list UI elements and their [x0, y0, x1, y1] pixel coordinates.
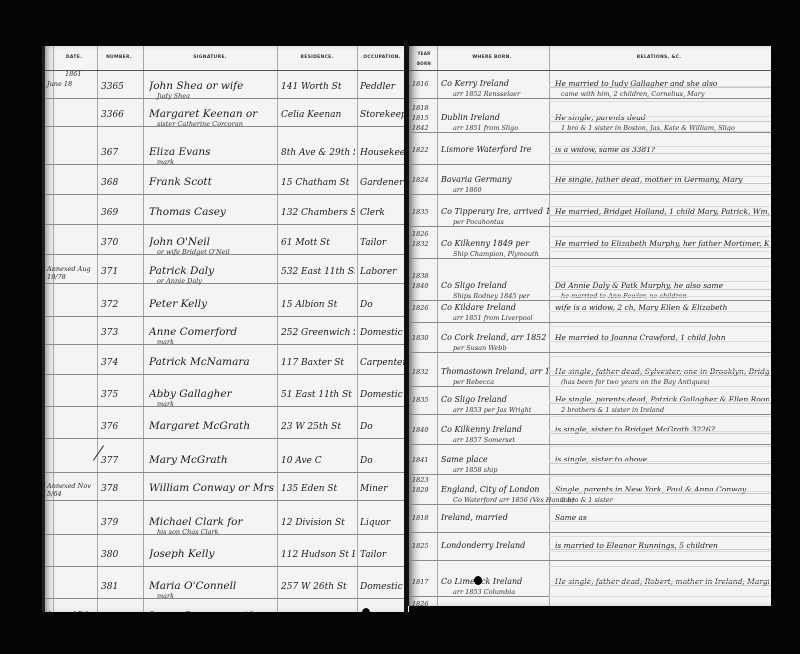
- residence: 117 Baxter St: [281, 358, 355, 368]
- birthplace: Dublin Ireland: [441, 113, 549, 122]
- year-born: 1835: [412, 208, 437, 216]
- column-rule: [277, 46, 278, 612]
- account-number: 372: [101, 300, 141, 310]
- account-number: 378: [101, 484, 141, 494]
- year-born: 1832: [412, 368, 437, 376]
- ruled-line: [549, 191, 771, 192]
- residence: 12 Division St: [281, 518, 355, 528]
- row-rule: [45, 472, 409, 473]
- residence: 15 Chatham St: [281, 178, 355, 188]
- row-rule: [409, 352, 771, 353]
- row-rule: [45, 438, 409, 439]
- occupation: Miner: [360, 484, 408, 494]
- birthplace-note: per Pocahontas: [453, 218, 504, 226]
- signature: Abby Gallagher: [149, 388, 277, 400]
- ruled-line: [549, 86, 771, 87]
- ruled-line: [549, 341, 771, 342]
- signature: Patrick McNamara: [149, 356, 277, 368]
- birthplace-note: Co Waterford arr 1856 (Ves Hannon): [453, 496, 574, 504]
- year-born: 1817: [412, 578, 437, 586]
- year-born: 1841: [412, 456, 437, 464]
- residence: 10 Ave C: [281, 456, 355, 466]
- ruled-line: [549, 491, 771, 492]
- birthplace-note: Ship Champion, Plymouth: [453, 250, 539, 258]
- birthplace: Co Kildare Ireland: [441, 303, 549, 312]
- birthplace-note: arr 1853 per Jas Wright: [453, 406, 531, 414]
- row-rule: [45, 534, 409, 535]
- row-rule: [409, 300, 771, 301]
- occupation: Storekeeper: [360, 110, 408, 120]
- signature: Thomas Casey: [149, 206, 277, 218]
- birthplace-note: arr 1851 from Sligo: [453, 124, 518, 132]
- signature-note: Judy Shea: [157, 92, 190, 100]
- occupation: Do: [360, 456, 408, 466]
- relations-note: 2 brothers & 1 sister in Ireland: [561, 406, 664, 414]
- birthplace-note: arr 1860: [453, 186, 482, 194]
- year-born-alt: 1838: [412, 272, 437, 280]
- year-born: 1830: [412, 334, 437, 342]
- signature: Frank Scott: [149, 176, 277, 188]
- year-born-alt: 1818: [412, 104, 437, 112]
- ruled-line: [549, 101, 771, 102]
- signature: James Doran or wife: [149, 610, 277, 612]
- residence: 8th Ave & 29th St: [281, 148, 355, 158]
- birthplace: Thomastown Ireland, arr 1853: [441, 367, 549, 376]
- year-born-alt: 1826: [412, 230, 437, 238]
- birthplace-note: Ships Rodney 1845 per: [453, 292, 530, 300]
- account-number: 375: [101, 390, 141, 400]
- signature-note: sister Catherine Corcoran: [157, 120, 243, 128]
- row-rule: [45, 224, 409, 225]
- residence: 257 W 26th St: [281, 582, 355, 592]
- row-rule: [45, 194, 409, 195]
- row-rule: [45, 344, 409, 345]
- birthplace-note: arr 1857 Somerset: [453, 436, 515, 444]
- ledger-left-page: Date. Number. Signature. Residence. Occu…: [42, 46, 409, 612]
- header-rule: [409, 70, 771, 71]
- occupation: Domestic: [360, 390, 408, 400]
- residence: 135 Eden St: [281, 484, 355, 494]
- row-rule: [45, 316, 409, 317]
- row-rule: [409, 504, 771, 505]
- ruled-line: [549, 251, 771, 252]
- occupation: Do: [360, 422, 408, 432]
- header-date: Date.: [53, 46, 95, 70]
- signature-note: mark: [157, 158, 174, 166]
- header-rule: [45, 70, 409, 71]
- year-born-alt: 1842: [412, 124, 437, 132]
- row-rule: [409, 164, 771, 165]
- account-number: 369: [101, 208, 141, 218]
- ruled-line: [549, 356, 771, 357]
- ruled-line: [549, 386, 771, 387]
- row-rule: [409, 258, 771, 259]
- year-born: 1826: [412, 304, 437, 312]
- column-rule: [97, 46, 98, 612]
- column-rule: [357, 46, 358, 612]
- row-rule: [45, 283, 409, 284]
- occupation: Liquor: [360, 518, 408, 528]
- year-label: 1861: [65, 70, 82, 78]
- birthplace: Co Tipperary Ire, arrived 1859: [441, 207, 549, 216]
- header-number: Number.: [97, 46, 141, 70]
- signature: Eliza Evans: [149, 146, 277, 158]
- row-rule: [45, 374, 409, 375]
- ruled-line: [549, 596, 771, 597]
- year-born: 1824: [412, 176, 437, 184]
- occupation: Gardener: [360, 178, 408, 188]
- row-rule: [409, 226, 771, 227]
- birthplace-note: arr 1851 from Liverpool: [453, 314, 533, 322]
- birthplace: Londonderry Ireland: [441, 541, 549, 550]
- occupation: Do: [360, 300, 408, 310]
- ruled-line: [549, 221, 771, 222]
- ruled-line: [549, 281, 771, 282]
- occupation: Tailor: [360, 238, 408, 248]
- residence: 141 Worth St: [281, 82, 355, 92]
- ruled-line: [549, 236, 771, 237]
- ruled-line: [549, 551, 771, 552]
- residence: 532 East 11th St: [281, 267, 355, 277]
- year-born: 1835: [412, 396, 437, 404]
- signature: Peter Kelly: [149, 298, 277, 310]
- residence: 15 Albion St: [281, 300, 355, 310]
- birthplace-note: per Rebecca: [453, 378, 494, 386]
- account-number: 380: [101, 550, 141, 560]
- year-born: 1840: [412, 426, 437, 434]
- birthplace: Co Cork Ireland, arr 1852: [441, 333, 549, 342]
- row-rule: [45, 406, 409, 407]
- signature: Anne Comerford: [149, 326, 277, 338]
- signature: Patrick Daly: [149, 265, 277, 277]
- residence: 61 Mott St: [281, 238, 355, 248]
- row-rule: [409, 474, 771, 475]
- signature-note: his son Chas Clark: [157, 528, 219, 536]
- relations: He single, parents dead, Patrick Gallagh…: [555, 395, 769, 404]
- row-rule: [45, 164, 409, 165]
- row-rule: [409, 98, 771, 99]
- row-rule: [45, 598, 409, 599]
- birthplace-note: arr 1853 Columbia: [453, 588, 515, 596]
- ruled-line: [549, 446, 771, 447]
- signature: Michael Clark for: [149, 516, 277, 528]
- row-rule: [409, 560, 771, 561]
- row-rule: [45, 500, 409, 501]
- relations: is single, sister to Bridget McGrath 322…: [555, 425, 769, 434]
- birthplace: Co Limerick Ireland: [441, 577, 549, 586]
- birthplace-note: arr 1858 ship: [453, 466, 498, 474]
- signature: John O'Neil: [149, 236, 277, 248]
- signature: William Conway or Mrs Anne: [149, 482, 277, 494]
- account-number: 374: [101, 358, 141, 368]
- signature-note: or wife Bridget O'Neil: [157, 248, 230, 256]
- signature: Maria O'Connell: [149, 580, 277, 592]
- ledger-right-page: Year Born Where Born. Relations, &c. 181…: [406, 46, 771, 606]
- birthplace-note: per Susan Webb: [453, 344, 507, 352]
- residence: 252 Greenwich St: [281, 328, 355, 338]
- date-cell: June 18: [47, 80, 99, 88]
- ruled-line: [549, 431, 771, 432]
- account-number: 367: [101, 148, 141, 158]
- row-rule: [409, 132, 771, 133]
- year-born: 1825: [412, 542, 437, 550]
- occupation: Peddler: [360, 82, 408, 92]
- year-born: 1818: [412, 514, 437, 522]
- relations: Single, parents in New York, Paul & Anna…: [555, 485, 769, 494]
- ruled-line: [549, 521, 771, 522]
- residence: 23 W 25th St: [281, 422, 355, 432]
- ruled-line: [549, 461, 771, 462]
- birthplace: Co Kerry Ireland: [441, 79, 549, 88]
- occupation: Tailor: [360, 550, 408, 560]
- column-rule: [143, 46, 144, 612]
- date-cell: Annexed Nov 5/64: [47, 482, 99, 498]
- year-born: 1829: [412, 486, 437, 494]
- ruled-line: [549, 401, 771, 402]
- header-occupation: Occupation.: [357, 46, 407, 70]
- date-cell: Annexed Aug 19/78: [47, 265, 99, 281]
- row-rule: [409, 444, 771, 445]
- account-number: 368: [101, 178, 141, 188]
- ink-blot: [362, 608, 370, 612]
- ruled-line: [549, 311, 771, 312]
- column-rule: [53, 46, 54, 612]
- relations-note: (has been for two years on the Bay Antiq…: [561, 378, 710, 386]
- occupation: Housekeeper: [360, 148, 408, 158]
- account-number: 3365: [101, 82, 141, 92]
- ruled-line: [549, 146, 771, 147]
- account-number: 3366: [101, 110, 141, 120]
- signature: John Shea or wife: [149, 80, 277, 92]
- account-number: 379: [101, 518, 141, 528]
- header-relations: Relations, &c.: [549, 46, 769, 70]
- account-number: 381: [101, 582, 141, 592]
- header-signature: Signature.: [145, 46, 275, 70]
- signature: Margaret Keenan or: [149, 108, 277, 120]
- account-number: 373: [101, 328, 141, 338]
- residence: 132 Chambers St: [281, 208, 355, 218]
- relations: He single, parents dead: [555, 113, 769, 122]
- birthplace: Co Sligo Ireland: [441, 281, 549, 290]
- birthplace: Lismore Waterford Ire: [441, 145, 549, 154]
- signature-note: mark: [157, 338, 174, 346]
- row-rule: [45, 566, 409, 567]
- row-rule: [409, 414, 771, 415]
- relations: Dd Annie Daly & Patk Murphy, he also sam…: [555, 281, 769, 290]
- ruled-line: [549, 566, 771, 567]
- year-born: 1832: [412, 240, 437, 248]
- ruled-line: [549, 536, 771, 537]
- relations: He married, Bridget Holland, 1 child Mar…: [555, 207, 769, 216]
- year-born-alt: 1823: [412, 476, 437, 484]
- account-number: 376: [101, 422, 141, 432]
- ruled-line: [549, 161, 771, 162]
- year-born: 1815: [412, 114, 437, 122]
- account-number: 371: [101, 267, 141, 277]
- row-rule: [45, 98, 409, 99]
- birthplace: Ireland, married: [441, 513, 549, 522]
- account-number: 370: [101, 238, 141, 248]
- relations: He married to Elizabeth Murphy, her fath…: [555, 239, 769, 248]
- ruled-line: [549, 371, 771, 372]
- ruled-line: [549, 581, 771, 582]
- relations: is married to Eleanor Runnings, 5 childr…: [555, 541, 769, 550]
- birthplace: England, City of London: [441, 485, 549, 494]
- ink-blot: [474, 576, 482, 585]
- ruled-line: [549, 116, 771, 117]
- year-born-alt: 1826: [412, 600, 437, 606]
- relations: is single, sister to above: [555, 455, 769, 464]
- year-born: 1840: [412, 282, 437, 290]
- occupation: Domestic: [360, 582, 408, 592]
- ruled-line: [549, 326, 771, 327]
- row-rule: [409, 194, 771, 195]
- ruled-line: [549, 296, 771, 297]
- ruled-line: [549, 476, 771, 477]
- ruled-line: [549, 266, 771, 267]
- row-rule: [409, 532, 771, 533]
- ruled-line: [549, 131, 771, 132]
- birthplace: Co Sligo Ireland: [441, 395, 549, 404]
- year-born: 1816: [412, 80, 437, 88]
- signature-note: or Annie Daly: [157, 277, 202, 285]
- header-residence: Residence.: [277, 46, 357, 70]
- ruled-line: [549, 416, 771, 417]
- header-where-born: Where Born.: [437, 46, 547, 70]
- signature: Joseph Kelly: [149, 548, 277, 560]
- relations-note: came with him, 2 children, Cornelius, Ma…: [561, 90, 704, 98]
- signature-note: mark: [157, 592, 174, 600]
- relations-note: 2 bro & 1 sister: [561, 496, 613, 504]
- header-year-born: Year Born: [411, 46, 437, 73]
- ruled-line: [549, 206, 771, 207]
- signature: Margaret McGrath: [149, 420, 277, 432]
- birthplace: Bavaria Germany: [441, 175, 549, 184]
- year-born: 1822: [412, 146, 437, 154]
- birthplace-note: arr 1852 Rensselaer: [453, 90, 520, 98]
- residence: Celia Keenan: [281, 110, 355, 120]
- row-rule: [409, 322, 771, 323]
- residence: 112 Hudson St Balt Md: [281, 550, 355, 560]
- date-cell: Annexed Feb 21/65: [47, 610, 99, 612]
- birthplace: Same place: [441, 455, 549, 464]
- birthplace: Co Kilkenny 1849 per: [441, 239, 549, 248]
- account-number: 377: [101, 456, 141, 466]
- occupation: Laborer: [360, 267, 408, 277]
- residence: 51 East 11th St: [281, 390, 355, 400]
- birthplace: Co Kilkenny Ireland: [441, 425, 549, 434]
- occupation: Clerk: [360, 208, 408, 218]
- occupation: Carpenter: [360, 358, 408, 368]
- ruled-line: [549, 176, 771, 177]
- signature: Mary McGrath: [149, 454, 277, 466]
- column-rule: [437, 46, 438, 606]
- occupation: Domestic: [360, 328, 408, 338]
- ruled-line: [549, 506, 771, 507]
- signature-note: mark: [157, 400, 174, 408]
